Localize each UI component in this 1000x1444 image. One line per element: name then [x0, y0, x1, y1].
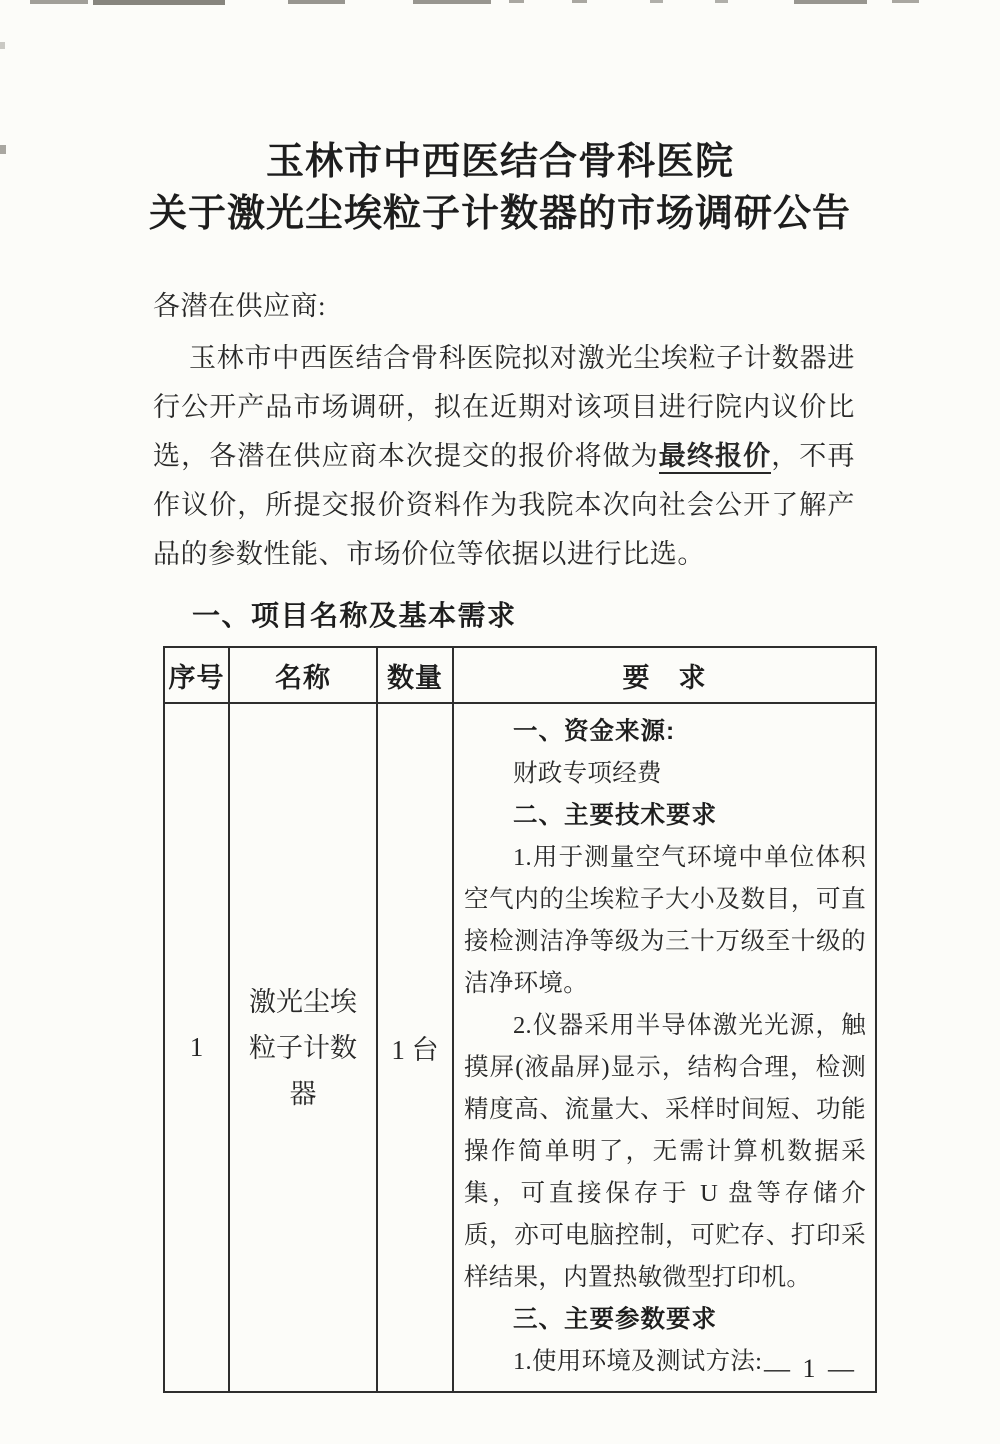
- page-number: — 1 —: [764, 1354, 857, 1384]
- scan-artifact: [794, 0, 867, 4]
- header-requirements: 要 求: [453, 647, 876, 703]
- requirement-paragraph: 2.仪器采用半导体激光光源，触摸屏(液晶屏)显示，结构合理，检测精度高、流量大、…: [464, 1005, 866, 1299]
- cell-requirements: 一、资金来源: 财政专项经费 二、主要技术要求 1.用于测量空气环境中单位体积空…: [453, 703, 876, 1392]
- title-line-1: 玉林市中西医结合骨科医院: [0, 136, 1000, 188]
- scan-artifact: [715, 0, 728, 3]
- scan-artifact: [93, 0, 225, 5]
- requirement-paragraph: 财政专项经费: [464, 753, 866, 795]
- cell-item-name: 激光尘埃粒子计数器: [229, 703, 377, 1392]
- scan-artifact: [413, 0, 491, 4]
- header-quantity: 数量: [377, 647, 453, 703]
- scan-artifact: [288, 0, 345, 4]
- requirement-paragraph: 1.用于测量空气环境中单位体积空气内的尘埃粒子大小及数目，可直接检测洁净等级为三…: [464, 837, 866, 1005]
- requirements-table: 序号 名称 数量 要 求 1 激光尘埃粒子计数器 1 台 一、资金来源: 财政专…: [163, 646, 877, 1393]
- requirement-paragraph: 一、资金来源:: [464, 711, 866, 753]
- title-line-2: 关于激光尘埃粒子计数器的市场调研公告: [0, 188, 1000, 240]
- header-serial-number: 序号: [164, 647, 229, 703]
- scan-artifact: [0, 145, 6, 154]
- requirement-paragraph: 二、主要技术要求: [464, 795, 866, 837]
- scan-artifact: [30, 0, 88, 4]
- document-title: 玉林市中西医结合骨科医院 关于激光尘埃粒子计数器的市场调研公告: [0, 0, 1000, 240]
- cell-serial-number: 1: [164, 703, 229, 1392]
- requirement-paragraph: 三、主要参数要求: [464, 1299, 866, 1341]
- section-heading: 一、项目名称及基本需求: [192, 594, 1000, 634]
- intro-paragraph: 玉林市中西医结合骨科医院拟对激光尘埃粒子计数器进行公开产品市场调研，拟在近期对该…: [153, 334, 855, 579]
- scan-artifact: [509, 0, 524, 3]
- scan-artifact: [0, 42, 5, 49]
- scan-artifact: [572, 0, 587, 3]
- salutation: 各潜在供应商:: [153, 284, 1000, 323]
- scanned-document-page: 玉林市中西医结合骨科医院 关于激光尘埃粒子计数器的市场调研公告 各潜在供应商: …: [0, 0, 1000, 1444]
- table-row: 1 激光尘埃粒子计数器 1 台 一、资金来源: 财政专项经费 二、主要技术要求 …: [164, 703, 876, 1392]
- scan-artifact: [650, 0, 663, 3]
- final-quote-emphasis: 最终报价: [659, 441, 771, 474]
- table-header-row: 序号 名称 数量 要 求: [164, 647, 876, 703]
- cell-quantity: 1 台: [377, 703, 453, 1392]
- header-name: 名称: [229, 647, 377, 703]
- scan-artifact: [892, 0, 919, 3]
